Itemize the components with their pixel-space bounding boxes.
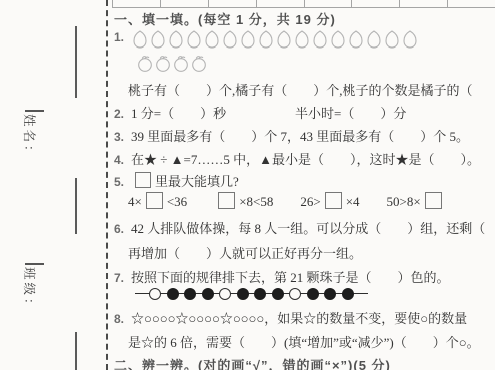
question-1-text: 桃子有（ ）个,橘子有（ ）个,桃子的个数是橘子的（ ）倍。 <box>128 80 495 99</box>
peach-icon <box>203 29 221 49</box>
score-table-cell <box>112 0 160 7</box>
q5-item-1-pre: 4× <box>128 194 142 209</box>
peach-icon <box>167 29 185 49</box>
score-table-cell <box>399 0 447 7</box>
question-5: 5.里最大能填几? <box>114 171 239 190</box>
white-bead <box>219 288 231 300</box>
question-8-number: 8. <box>114 312 124 326</box>
fold-line-segment-1 <box>75 26 77 98</box>
peach-icon <box>347 29 365 49</box>
empty-box <box>425 192 442 209</box>
black-bead <box>272 288 284 300</box>
question-1: 1. <box>114 29 419 49</box>
q5-item-3: 26>×4 <box>300 192 359 210</box>
fold-line-segment-2 <box>75 178 77 234</box>
empty-box <box>325 192 342 209</box>
peach-icon <box>365 29 383 49</box>
q5-item-4: 50>8× <box>387 192 446 210</box>
q5-item-3-post: ×4 <box>346 194 360 209</box>
question-6-number: 6. <box>114 222 124 236</box>
question-2: 2.1 分=（ ）秒 <box>114 103 226 122</box>
name-field-label: 姓名： <box>21 114 39 161</box>
black-bead <box>307 288 319 300</box>
black-bead <box>324 288 336 300</box>
white-bead <box>149 288 161 300</box>
peach-icon <box>383 29 401 49</box>
question-4: 4.在★ ÷ ▲=7……5 中，▲最小是（ ），这时★是（ ）。 <box>114 149 480 168</box>
q5-item-3-pre: 26> <box>300 194 320 209</box>
question-5-number: 5. <box>114 175 124 189</box>
score-table-cell <box>256 0 304 7</box>
peach-icon <box>311 29 329 49</box>
orange-icon <box>172 53 190 73</box>
score-table-cell <box>160 0 208 7</box>
binding-dashed-line <box>106 0 108 370</box>
orange-icon <box>154 53 172 73</box>
peach-icon <box>131 29 149 49</box>
black-bead <box>184 288 196 300</box>
white-bead <box>289 288 301 300</box>
name-underline-mark <box>25 110 44 112</box>
question-5-items: 4×<36 ×8<58 26>×4 50>8× <box>128 192 446 210</box>
class-field-label: 班级： <box>21 267 39 314</box>
orange-icon <box>136 53 154 73</box>
question-2-right-text: 半小时=（ ）分 <box>295 103 406 122</box>
black-bead <box>202 288 214 300</box>
black-bead <box>167 288 179 300</box>
question-8-text-line2: 是☆的 6 倍，需要（ ）(填“增加”或“减少”)（ ）个○。 <box>128 332 480 351</box>
question-7-number: 7. <box>114 271 124 285</box>
question-6-text-line1: 42 人排队做体操，每 8 人一组。可以分成（ ）组，还剩（ ）人； <box>131 221 495 236</box>
question-4-text: 在★ ÷ ▲=7……5 中，▲最小是（ ），这时★是（ ）。 <box>131 152 480 167</box>
score-table-cell <box>208 0 256 7</box>
q5-item-1: 4×<36 <box>128 192 187 210</box>
peach-icon <box>275 29 293 49</box>
black-bead <box>237 288 249 300</box>
question-8: 8.☆○○○○☆○○○○☆○○○○，如果☆的数量不变，要使○的数量 <box>114 308 467 327</box>
q5-item-2: ×8<58 <box>214 192 273 210</box>
peach-row <box>131 29 419 49</box>
question-3-text: 39 里面最多有（ ）个 7，43 里面最多有（ ）个 5。 <box>131 129 469 144</box>
score-table-cell <box>304 0 352 7</box>
question-2-number: 2. <box>114 107 124 121</box>
empty-box <box>218 192 235 209</box>
black-bead <box>342 288 354 300</box>
section2-title: 二、辨一辨。(对的画“√”，错的画“×”)(5 分) <box>114 355 391 370</box>
orange-icon <box>190 53 208 73</box>
question-7-text: 按照下面的规律排下去，第 21 颗珠子是（ ）色的。 <box>131 270 450 285</box>
question-3: 3.39 里面最多有（ ）个 7，43 里面最多有（ ）个 5。 <box>114 126 469 145</box>
black-bead <box>254 288 266 300</box>
score-table-partial <box>112 0 495 8</box>
peach-icon <box>401 29 419 49</box>
section1-title: 一、填一填。(每空 1 分，共 19 分) <box>114 9 336 28</box>
peach-icon <box>239 29 257 49</box>
worksheet-page: 姓名： 班级： 一、填一填。(每空 1 分，共 19 分) 1. 桃子有（ ）个… <box>0 0 495 370</box>
question-2-left-text: 1 分=（ ）秒 <box>131 106 226 121</box>
peach-icon <box>185 29 203 49</box>
question-5-prompt: 里最大能填几? <box>155 174 239 189</box>
peach-icon <box>293 29 311 49</box>
score-table-cell <box>447 0 495 7</box>
orange-row-wrap <box>136 53 208 73</box>
score-table-cell <box>351 0 399 7</box>
empty-box <box>135 172 151 188</box>
orange-row <box>136 53 208 73</box>
question-7: 7.按照下面的规律排下去，第 21 颗珠子是（ ）色的。 <box>114 267 450 286</box>
q5-item-1-post: <36 <box>167 194 187 209</box>
peach-icon <box>257 29 275 49</box>
q5-item-2-post: ×8<58 <box>239 194 273 209</box>
question-1-number: 1. <box>114 30 124 44</box>
question-3-number: 3. <box>114 130 124 144</box>
peach-icon <box>221 29 239 49</box>
class-underline-mark <box>25 263 44 265</box>
empty-box <box>146 192 163 209</box>
question-6-text-line2: 再增加（ ）人就可以正好再分一组。 <box>128 243 362 262</box>
bead-pattern-row <box>135 287 368 300</box>
fold-line-segment-3 <box>75 332 77 370</box>
peach-icon <box>149 29 167 49</box>
question-4-number: 4. <box>114 153 124 167</box>
question-6: 6.42 人排队做体操，每 8 人一组。可以分成（ ）组，还剩（ ）人； <box>114 218 495 237</box>
question-8-text-line1: ☆○○○○☆○○○○☆○○○○，如果☆的数量不变，要使○的数量 <box>131 311 467 326</box>
peach-icon <box>329 29 347 49</box>
q5-item-4-pre: 50>8× <box>387 194 421 209</box>
